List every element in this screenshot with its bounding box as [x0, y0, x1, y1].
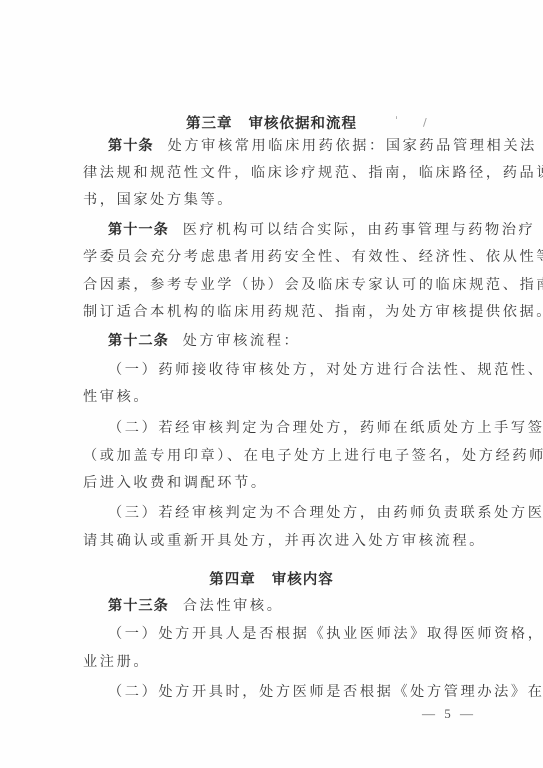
- chapter-3-title: 审核依据和流程: [249, 116, 358, 132]
- article-12-item-3-line-1: （三）若经审核判定为不合理处方，由药师负责联系处方医师，: [108, 503, 503, 523]
- article-11-text: 医疗机构可以结合实际，由药事管理与药物治疗: [183, 222, 536, 238]
- article-12-item-2-line-1: （二）若经审核判定为合理处方，药师在纸质处方上手写签名: [108, 418, 503, 438]
- article-13-intro: 合法性审核。: [183, 598, 284, 614]
- page-number: — 5 —: [422, 706, 476, 722]
- article-13-item-1-line-1: （一）处方开具人是否根据《执业医师法》取得医师资格，并执: [108, 624, 503, 644]
- article-13-item-2-line-1: （二）处方开具时，处方医师是否根据《处方管理办法》在执业: [108, 682, 503, 702]
- article-13-item-1-line-2: 业注册。: [83, 652, 478, 672]
- article-12-item-1-line-2: 性审核。: [83, 387, 478, 407]
- article-10-line-3: 书，国家处方集等。: [83, 190, 478, 210]
- article-10-line-2: 律法规和规范性文件，临床诊疗规范、指南，临床路径，药品说明: [83, 163, 478, 183]
- article-10-text: 处方审核常用临床用药依据：国家药品管理相关法: [168, 138, 537, 154]
- article-11-line-2: 学委员会充分考虑患者用药安全性、有效性、经济性、依从性等综: [83, 247, 478, 267]
- chapter-4-heading: 第四章审核内容: [0, 568, 543, 589]
- article-12-item-3-line-2: 请其确认或重新开具处方，并再次进入处方审核流程。: [83, 531, 478, 551]
- article-13-line-1: 第十三条合法性审核。: [108, 596, 503, 616]
- article-10-line-1: 第十条处方审核常用临床用药依据：国家药品管理相关法: [108, 136, 503, 156]
- chapter-4-number: 第四章: [209, 572, 256, 588]
- chapter-4-title: 审核内容: [272, 572, 334, 588]
- article-13-label: 第十三条: [108, 598, 169, 614]
- chapter-3-heading: 第三章审核依据和流程: [0, 112, 543, 133]
- article-12-item-2-line-2: （或加盖专用印章）、在电子处方上进行电子签名，处方经药师签名: [83, 446, 478, 466]
- article-12-item-1-line-1: （一）药师接收待审核处方，对处方进行合法性、规范性、适宜: [108, 360, 503, 380]
- article-11-line-1: 第十一条医疗机构可以结合实际，由药事管理与药物治疗: [108, 220, 503, 240]
- article-10-label: 第十条: [108, 138, 154, 154]
- article-12-item-2-line-3: 后进入收费和调配环节。: [83, 473, 478, 493]
- article-11-line-4: 制订适合本机构的临床用药规范、指南，为处方审核提供依据。: [83, 302, 478, 322]
- article-12-intro: 处方审核流程：: [183, 333, 301, 349]
- chapter-3-number: 第三章: [186, 116, 233, 132]
- article-11-label: 第十一条: [108, 222, 169, 238]
- article-12-label: 第十二条: [108, 333, 169, 349]
- article-11-line-3: 合因素，参考专业学（协）会及临床专家认可的临床规范、指南等，: [83, 275, 478, 295]
- article-12-line-1: 第十二条处方审核流程：: [108, 331, 503, 351]
- document-page: / ˈ / 第三章审核依据和流程 第十条处方审核常用临床用药依据：国家药品管理相…: [0, 0, 543, 768]
